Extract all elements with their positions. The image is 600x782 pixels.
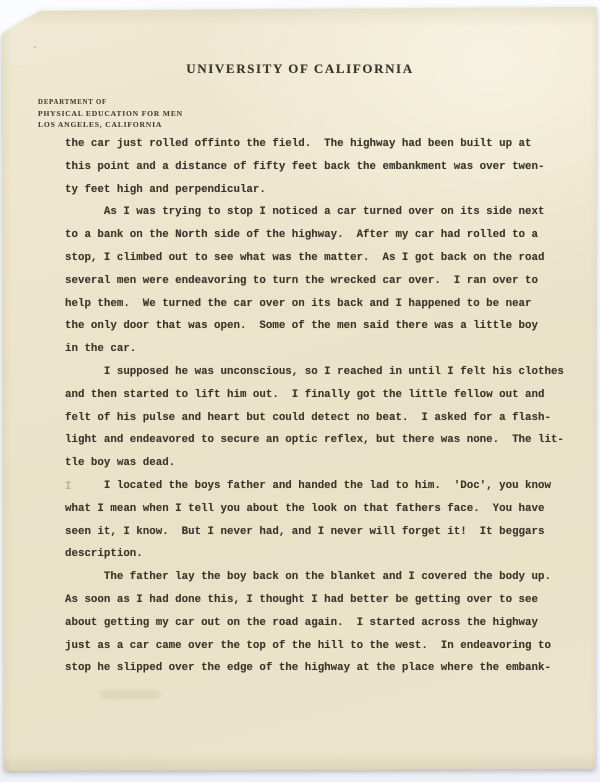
ghost-strikeover-char: I	[65, 481, 71, 493]
letterhead-department-line2: PHYSICAL EDUCATION FOR MEN	[38, 108, 183, 119]
ink-bleed-smudge	[100, 690, 160, 699]
paper-shadow: UNIVERSITY OF CALIFORNIA DEPARTMENT OF P…	[0, 0, 600, 782]
letterhead-department-line3: LOS ANGELES, CALIFORNIA	[38, 119, 183, 130]
scan-background: UNIVERSITY OF CALIFORNIA DEPARTMENT OF P…	[0, 0, 600, 782]
letterhead-university-title: UNIVERSITY OF CALIFORNIA	[0, 61, 600, 77]
letter-page: UNIVERSITY OF CALIFORNIA DEPARTMENT OF P…	[0, 0, 600, 782]
letterhead-department-block: DEPARTMENT OF PHYSICAL EDUCATION FOR MEN…	[38, 97, 183, 130]
letter-body-text: the car just rolled offinto the field. T…	[65, 133, 564, 680]
letterhead-department-line1: DEPARTMENT OF	[38, 97, 183, 108]
